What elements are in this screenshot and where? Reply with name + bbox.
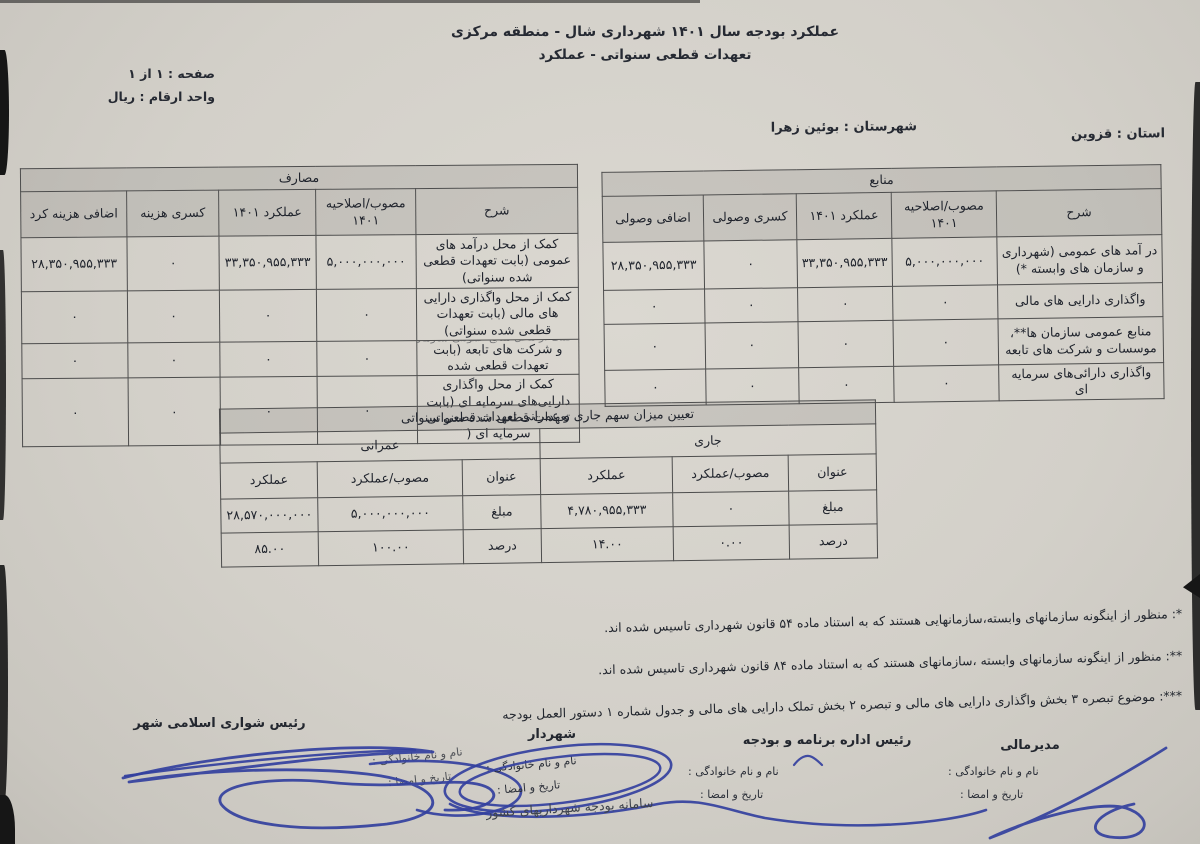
- row-label: کمک از محل منابع عمومی سازمان ها، موسسات…: [417, 339, 579, 376]
- budget-name-label: نام و نام خانوادگی :: [688, 765, 779, 778]
- row-label: مبلغ: [789, 490, 877, 525]
- current-performance: ۱۴.۰۰: [592, 536, 623, 553]
- col-deficit: کسری وصولی: [703, 194, 797, 241]
- col-approved: مصوب/عملکرد: [317, 460, 462, 498]
- table-row: منابع عمومی سازمان ها**، موسسات و شرکت ه…: [604, 317, 1164, 371]
- deficit-value: ۰: [170, 255, 177, 271]
- deficit-value: ۰: [171, 352, 178, 368]
- construction-performance: ۸۵.۰۰: [254, 541, 285, 558]
- county-label: شهرستان : بوئین زهرا: [752, 119, 917, 136]
- col-title: عنوان: [462, 459, 540, 496]
- group-construction: عمرانی: [220, 429, 540, 463]
- approved-value: ۰: [942, 294, 949, 310]
- footnote-marker: **:: [1165, 648, 1182, 663]
- approved-value: ۰: [943, 375, 950, 391]
- col-desc: شرح: [996, 189, 1162, 237]
- footnote-marker: *:: [1171, 606, 1182, 621]
- row-label: درصد: [463, 529, 541, 564]
- surplus-value: ۲۸,۳۵۰,۹۵۵,۳۳۳: [31, 256, 117, 273]
- province-label: استان : قزوین: [1015, 126, 1165, 143]
- budget-role-title: رئیس اداره برنامه و بودجه: [742, 733, 912, 748]
- deficit-value: ۰: [749, 378, 756, 394]
- budget-date-label: تاریخ و امضا :: [700, 788, 763, 801]
- performance-value: ۰: [843, 377, 850, 393]
- surplus-value: ۰: [651, 339, 658, 355]
- deficit-value: ۰: [170, 308, 177, 324]
- row-label: کمک از محل واگذاری دارایی های مالی (بابت…: [416, 287, 578, 340]
- surplus-value: ۰: [652, 379, 659, 395]
- table-row: در آمد های عمومی (شهرداری و سازمان های و…: [603, 235, 1163, 291]
- table-row: کمک از محل منابع عمومی سازمان ها، موسسات…: [22, 339, 579, 379]
- row-label: واگذاری دارایی های مالی: [998, 283, 1163, 319]
- row-label: درصد: [789, 524, 877, 559]
- group-current: جاری: [540, 424, 876, 459]
- performance-value: ۰: [842, 296, 849, 312]
- deficit-value: ۰: [748, 337, 755, 353]
- surplus-value: ۰: [72, 404, 79, 420]
- col-performance: عملکرد: [220, 462, 318, 499]
- construction-performance: ۲۸,۵۷۰,۰۰۰,۰۰۰: [226, 507, 312, 524]
- current-approved: ۰: [727, 501, 734, 517]
- construction-approved: ۱۰۰.۰۰: [372, 539, 410, 556]
- deficit-value: ۰: [171, 404, 178, 420]
- page-meta: صفحه : ۱ از ۱ واحد ارقام : ریال: [85, 62, 215, 108]
- finance-signature: [948, 740, 1183, 844]
- surplus-value: ۰: [71, 309, 78, 325]
- col-deficit: کسری هزینه: [127, 190, 219, 237]
- deficit-value: ۰: [748, 297, 755, 313]
- col-surplus: اضافی وصولی: [602, 195, 704, 242]
- performance-value: ۰: [842, 336, 849, 352]
- document-header: عملکرد بودجه سال ۱۴۰۱ شهرداری شال - منطق…: [395, 24, 895, 63]
- performance-value: ۳۳,۳۵۰,۹۵۵,۳۳۳: [802, 254, 888, 271]
- approved-value: ۵,۰۰۰,۰۰۰,۰۰۰: [905, 253, 984, 270]
- performance-value: ۰: [265, 351, 272, 367]
- approved-value: ۰: [942, 334, 949, 350]
- row-label: مبلغ: [463, 495, 541, 530]
- current-performance: ۴,۷۸۰,۹۵۵,۳۳۳: [567, 502, 646, 519]
- row-label: واگذاری دارائی‌های سرمایه ای: [999, 363, 1164, 401]
- col-approved: مصوب/اصلاحیه ۱۴۰۱: [891, 191, 997, 238]
- table-row: کمک از محل درآمد های عمومی (بابت تعهدات …: [21, 233, 578, 291]
- surplus-value: ۰: [651, 299, 658, 315]
- footnote-1: *: منظور از اینگونه سازمانهای وابسته،ساز…: [604, 606, 1182, 635]
- approved-value: ۰: [363, 307, 370, 323]
- page-number: صفحه : ۱ از ۱: [85, 62, 215, 85]
- col-surplus: اضافی هزینه کرد: [21, 191, 127, 238]
- col-desc: شرح: [416, 187, 578, 234]
- scanned-budget-document: عملکرد بودجه سال ۱۴۰۱ شهرداری شال - منطق…: [0, 0, 1200, 844]
- col-approved: مصوب/اصلاحیه ۱۴۰۱: [316, 189, 416, 236]
- scan-edge-left-1: [0, 50, 9, 175]
- page-subtitle: تعهدات قطعی سنواتی - عملکرد: [395, 47, 895, 63]
- current-approved: ۰.۰۰: [719, 535, 743, 552]
- scan-edge-left-3: [0, 565, 8, 805]
- table-row: واگذاری دارائی‌های سرمایه ای ۰ ۰ ۰ ۰: [605, 363, 1165, 406]
- scan-edge-left-2: [0, 250, 6, 520]
- deficit-value: ۰: [747, 256, 754, 272]
- surplus-value: ۰: [71, 353, 78, 369]
- performance-value: ۰: [265, 307, 272, 323]
- col-performance: عملکرد ۱۴۰۱: [796, 192, 892, 239]
- construction-approved: ۵,۰۰۰,۰۰۰,۰۰۰: [351, 505, 430, 522]
- footnote-3: ***: موضوع تبصره ۳ بخش واگذاری دارایی ها…: [502, 688, 1182, 722]
- scan-edge-top: [0, 0, 700, 3]
- resources-table: منابع شرح مصوب/اصلاحیه ۱۴۰۱ عملکرد ۱۴۰۱ …: [602, 164, 1164, 406]
- performance-value: ۳۳,۳۵۰,۹۵۵,۳۳۳: [225, 254, 311, 271]
- scan-edge-corner: [0, 795, 15, 844]
- budget-signature: [792, 752, 824, 768]
- row-label: کمک از محل درآمد های عمومی (بابت تعهدات …: [416, 233, 578, 288]
- approved-value: ۰: [363, 350, 370, 366]
- footnote-marker: ***:: [1159, 688, 1182, 704]
- col-title: عنوان: [788, 454, 876, 491]
- col-performance: عملکرد ۱۴۰۱: [219, 189, 316, 236]
- page-title: عملکرد بودجه سال ۱۴۰۱ شهرداری شال - منطق…: [395, 24, 895, 40]
- currency-unit: واحد ارقام : ریال: [85, 85, 215, 108]
- footnote-2: **: منظور از اینگونه سازمانهای وابسته ،س…: [598, 648, 1182, 677]
- table-row: کمک از محل واگذاری دارایی های مالی (بابت…: [21, 287, 578, 343]
- row-label: منابع عمومی سازمان ها**، موسسات و شرکت ه…: [998, 317, 1164, 365]
- approved-value: ۵,۰۰۰,۰۰۰,۰۰۰: [327, 254, 406, 271]
- share-table: تعیین میزان سهم جاری و عمرانی تعهدات قطع…: [220, 399, 878, 567]
- col-performance: عملکرد: [540, 457, 672, 495]
- surplus-value: ۲۸,۳۵۰,۹۵۵,۳۳۳: [611, 257, 697, 274]
- col-approved: مصوب/عملکرد: [672, 455, 788, 493]
- scan-edge-right: [1191, 82, 1200, 710]
- row-label: در آمد های عمومی (شهرداری و سازمان های و…: [997, 235, 1163, 285]
